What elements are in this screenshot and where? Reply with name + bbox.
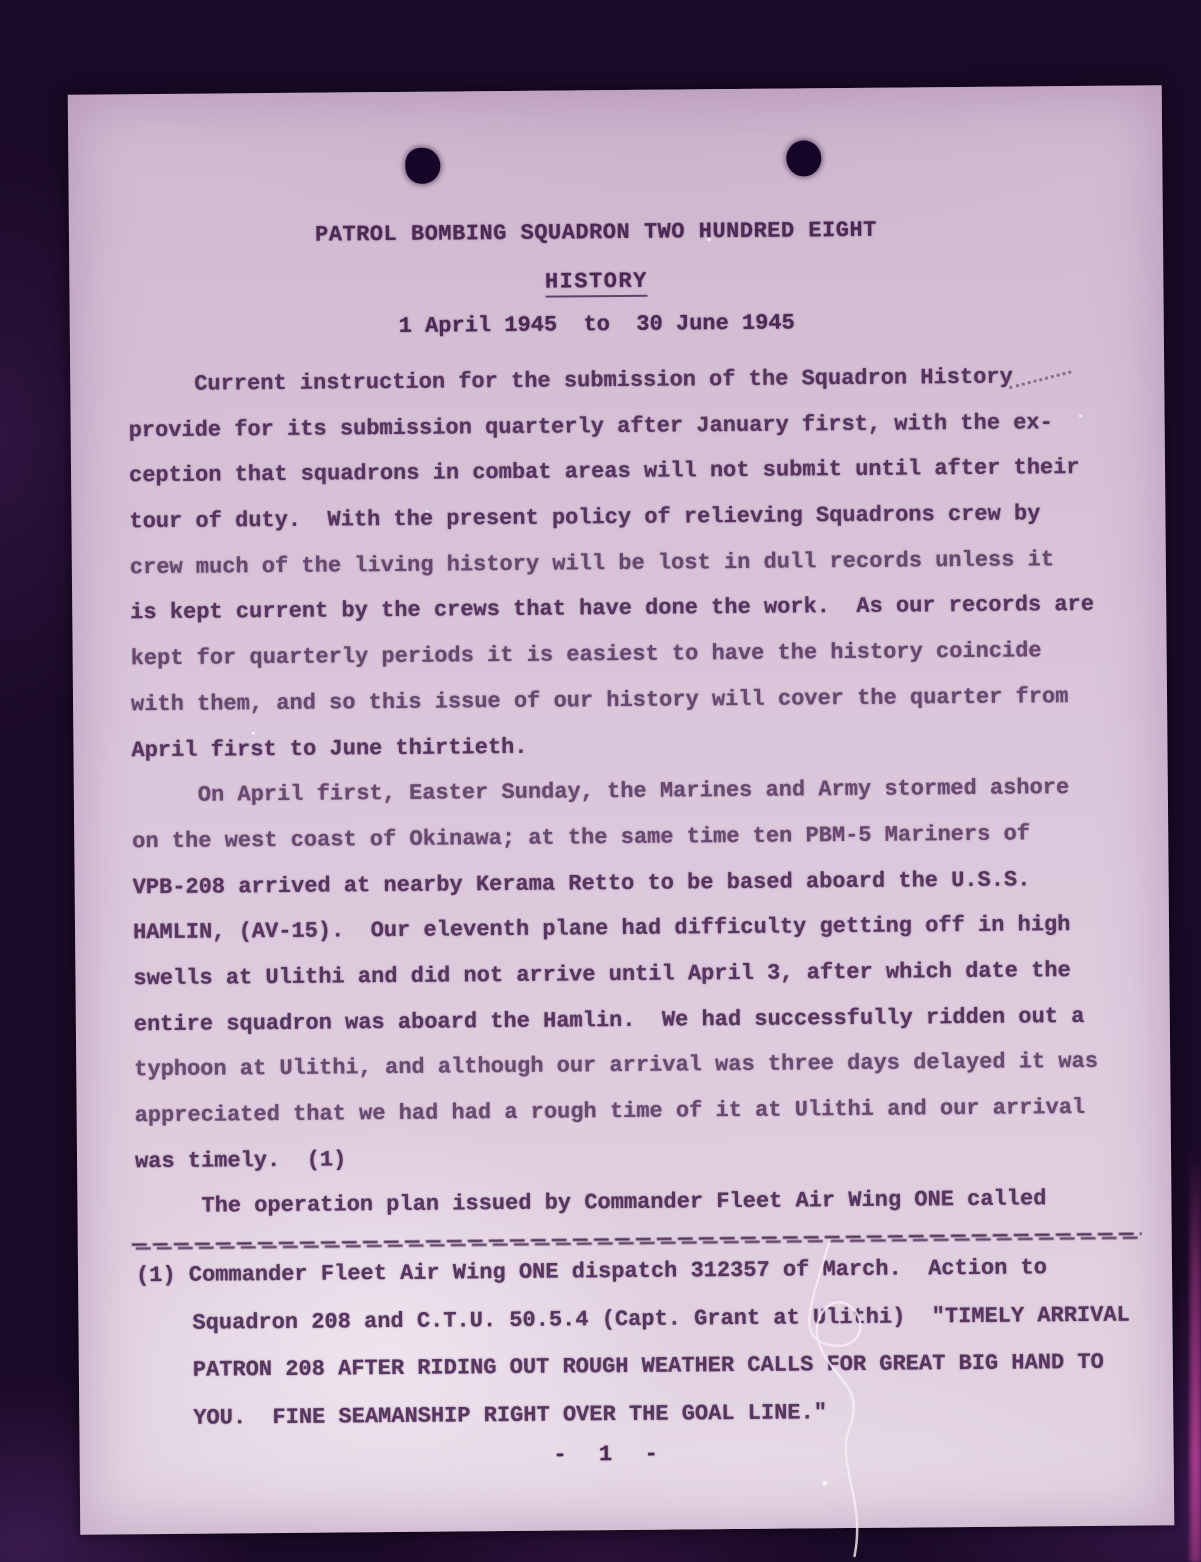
doc-title: HISTORY [545, 269, 648, 298]
document-page: PATROL BOMBING SQUADRON TWO HUNDRED EIGH… [68, 85, 1175, 1534]
footnote-block: (1) Commander Fleet Air Wing ONE dispatc… [136, 1243, 1148, 1442]
body-text: Current instruction for the submission o… [128, 354, 1136, 1231]
doc-title-wrap: HISTORY [69, 265, 1123, 299]
film-photo: { "header": { "squadron_title": "PATROL … [0, 0, 1201, 1562]
date-range: 1 April 1945 to 30 June 1945 [70, 308, 1124, 342]
typed-line: The operation plan issued by Commander F… [135, 1176, 1135, 1230]
film-edge-magenta [1190, 1150, 1201, 1562]
footnote-line: YOU. FINE SEAMANSHIP RIGHT OVER THE GOAL… [137, 1386, 1147, 1442]
punch-hole-left-icon [405, 148, 440, 184]
squadron-title: PATROL BOMBING SQUADRON TWO HUNDRED EIGH… [69, 216, 1123, 250]
page-number: - 1 - [80, 1438, 1134, 1472]
punch-hole-right-icon [786, 140, 821, 176]
